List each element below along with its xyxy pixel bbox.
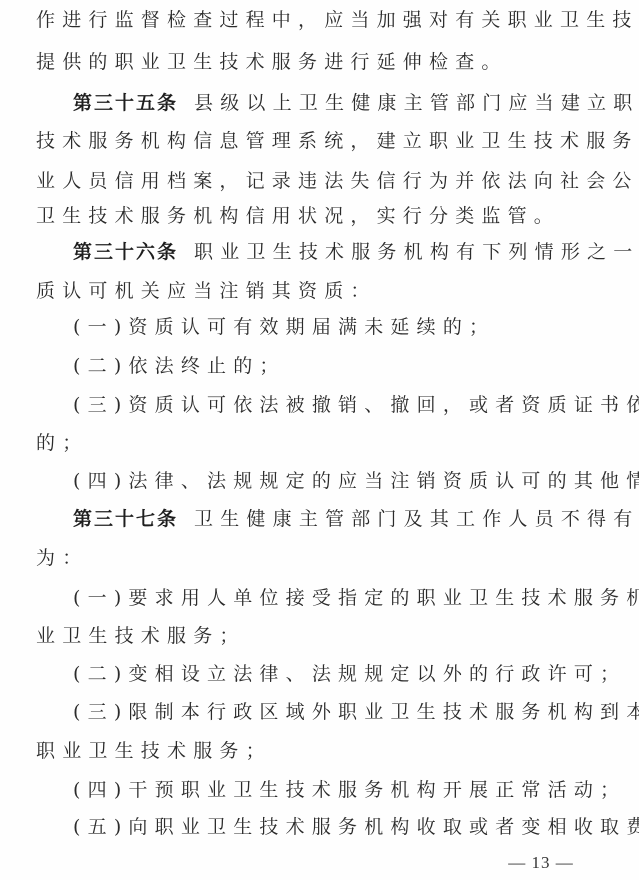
line-text: 技术服务机构信息管理系统，建立职业卫生技术服务机构及其从 (36, 130, 639, 152)
paragraph-line: 提供的职业卫生技术服务进行延伸检查。 (36, 47, 606, 77)
line-text: 业人员信用档案，记录违法失信行为并依法向社会公开，依据职业 (36, 170, 639, 192)
list-item: (三)资质认可依法被撤销、撤回，或者资质证书依法被吊销 (73, 390, 608, 420)
paragraph-line: 质认可机关应当注销其资质： (36, 276, 606, 306)
paragraph-line: 卫生技术服务机构信用状况，实行分类监管。 (36, 201, 606, 231)
article-heading: 第三十六条 (73, 241, 178, 263)
line-text: (二)依法终止的； (73, 355, 286, 377)
line-text: (一)资质认可有效期届满未延续的； (73, 316, 495, 338)
list-item: (一)要求用人单位接受指定的职业卫生技术服务机构进行职 (73, 583, 608, 613)
article-heading: 第三十五条 (73, 92, 178, 114)
line-text: 提供的职业卫生技术服务进行延伸检查。 (36, 51, 508, 73)
list-item: (三)限制本行政区域外职业卫生技术服务机构到本地区开展 (73, 697, 608, 727)
line-text: 卫生技术服务机构信用状况，实行分类监管。 (36, 205, 560, 227)
line-text: (一)要求用人单位接受指定的职业卫生技术服务机构进行职 (73, 587, 639, 609)
line-text: (四)法律、法规规定的应当注销资质认可的其他情形。 (73, 470, 639, 492)
document-page: 作进行监督检查过程中，应当加强对有关职业卫生技术服务机构 提供的职业卫生技术服务… (0, 0, 639, 880)
page-number: — 13 — (496, 850, 586, 876)
line-text: 为： (36, 547, 88, 569)
list-item: (四)法律、法规规定的应当注销资质认可的其他情形。 (73, 466, 608, 496)
list-item: (二)变相设立法律、法规规定以外的行政许可； (73, 659, 608, 689)
line-text: (二)变相设立法律、法规规定以外的行政许可； (73, 663, 626, 685)
list-item: (四)干预职业卫生技术服务机构开展正常活动； (73, 775, 608, 805)
line-text: 县级以上卫生健康主管部门应当建立职业卫生 (194, 92, 639, 114)
list-item: (一)资质认可有效期届满未延续的； (73, 312, 608, 342)
line-text: 职业卫生技术服务机构有下列情形之一的，资 (194, 241, 639, 263)
paragraph-line: 业卫生技术服务； (36, 621, 606, 651)
article-heading: 第三十七条 (73, 508, 178, 530)
line-text: 卫生健康主管部门及其工作人员不得有下列行 (194, 508, 639, 530)
list-item: (二)依法终止的； (73, 351, 608, 381)
line-text: 职业卫生技术服务； (36, 740, 272, 762)
line-text: 作进行监督检查过程中，应当加强对有关职业卫生技术服务机构 (36, 9, 639, 31)
paragraph-line: 的； (36, 428, 606, 458)
article-37: 第三十七条卫生健康主管部门及其工作人员不得有下列行 (73, 504, 608, 534)
paragraph-line: 为： (36, 543, 606, 573)
paragraph-line: 技术服务机构信息管理系统，建立职业卫生技术服务机构及其从 (36, 126, 606, 156)
line-text: 业卫生技术服务； (36, 625, 246, 647)
paragraph-line: 业人员信用档案，记录违法失信行为并依法向社会公开，依据职业 (36, 166, 606, 196)
line-text: (三)限制本行政区域外职业卫生技术服务机构到本地区开展 (73, 701, 639, 723)
line-text: (四)干预职业卫生技术服务机构开展正常活动； (73, 779, 626, 801)
paragraph-line: 作进行监督检查过程中，应当加强对有关职业卫生技术服务机构 (36, 5, 606, 35)
paragraph-line: 职业卫生技术服务； (36, 736, 606, 766)
article-35: 第三十五条县级以上卫生健康主管部门应当建立职业卫生 (73, 88, 608, 118)
line-text: (五)向职业卫生技术服务机构收取或者变相收取费用； (73, 816, 639, 838)
line-text: (三)资质认可依法被撤销、撤回，或者资质证书依法被吊销 (73, 394, 639, 416)
list-item: (五)向职业卫生技术服务机构收取或者变相收取费用； (73, 812, 608, 842)
line-text: 的； (36, 432, 88, 454)
line-text: 质认可机关应当注销其资质： (36, 280, 377, 302)
article-36: 第三十六条职业卫生技术服务机构有下列情形之一的，资 (73, 237, 608, 267)
